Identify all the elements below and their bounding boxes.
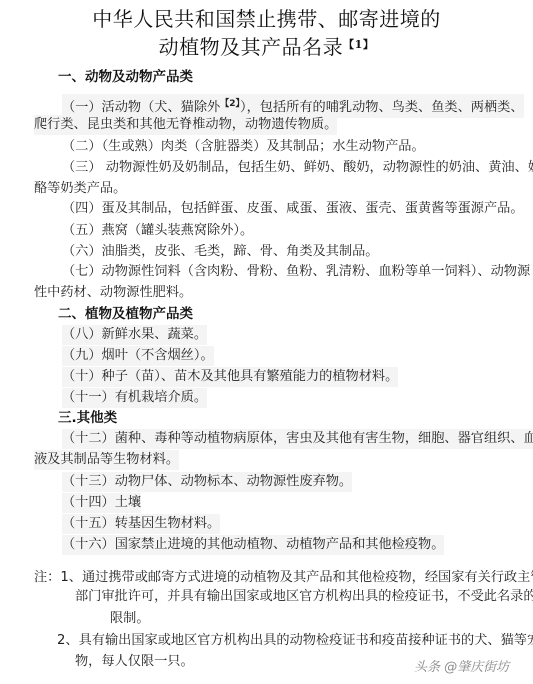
- note-1-continued: 部门审批许可，并具有输出国家或地区官方机构出具的检疫证书，不受此名录的: [75, 587, 533, 607]
- source-watermark: 头条 @肇庆街坊: [414, 656, 509, 675]
- list-item-6: （六）油脂类，皮张、毛类，蹄、骨、角类及其制品。: [62, 242, 379, 262]
- list-item-12: （十二）菌种、毒种等动植物病原体，害虫及其他有害生物，细胞、器官组织、血: [62, 429, 533, 449]
- list-item-9: （九）烟叶（不含烟丝）。: [62, 346, 214, 366]
- list-item-13: （十三）动物尸体、动物标本、动物源性废弃物。: [62, 472, 352, 492]
- title-footnote-marker: 【1】: [343, 38, 374, 51]
- footnote-marker: 【2】: [220, 99, 240, 109]
- document-title-line-2: 动植物及其产品名录【1】: [0, 33, 533, 59]
- document-title-line-1: 中华人民共和国禁止携带、邮寄进境的: [0, 7, 533, 31]
- note-2-continued: 物，每人仅限一只。: [75, 652, 194, 672]
- section-heading-animals: 一、动物及动物产品类: [58, 67, 193, 87]
- list-item-3-continued: 酪等奶类产品。: [34, 179, 126, 199]
- list-item-14: （十四）土壤: [62, 493, 141, 513]
- section-heading-plants: 二、植物及植物产品类: [58, 304, 193, 324]
- note-1-end: 限制。: [110, 609, 150, 629]
- list-item-10: （十）种子（苗）、苗木及其他具有繁殖能力的植物材料。: [62, 367, 398, 387]
- list-item-7-continued: 性中药材、动物源性肥料。: [34, 283, 192, 303]
- list-item-1-continued: 爬行类、昆虫类和其他无脊椎动物，动物遗传物质。: [34, 115, 337, 135]
- note-1: 注：1、通过携带或邮寄方式进境的动植物及其产品和其他检疫物，经国家有关行政主管: [34, 568, 533, 588]
- list-item-4: （四）蛋及其制品，包括鲜蛋、皮蛋、咸蛋、蛋液、蛋壳、蛋黄酱等蛋源产品。: [62, 199, 524, 219]
- list-item-11: （十一）有机栽培介质。: [62, 388, 207, 408]
- title-text: 动植物及其产品名录: [159, 35, 344, 59]
- list-item-15: （十五）转基因生物材料。: [62, 514, 220, 534]
- note-2: 2、具有输出国家或地区官方机构出具的动物检疫证书和疫苗接种证书的犬、猫等宠: [57, 631, 533, 651]
- list-item-5: （五）燕窝（罐头装燕窝除外）。: [62, 221, 253, 241]
- list-item-16: （十六）国家禁止进境的其他动植物、动植物产品和其他检疫物。: [62, 535, 444, 555]
- list-item-8: （八）新鲜水果、蔬菜。: [62, 325, 207, 345]
- item-text: ），包括所有的哺乳动物、鸟类、鱼类、两栖类、: [240, 100, 524, 115]
- item-text: （一）活动物（犬、猫除外: [62, 100, 220, 115]
- document-page: 中华人民共和国禁止携带、邮寄进境的 动植物及其产品名录【1】 一、动物及动物产品…: [0, 0, 533, 684]
- section-heading-others: 三.其他类: [58, 408, 117, 428]
- list-item-3: （三） 动物源性奶及奶制品，包括生奶、鲜奶、酸奶，动物源性的奶油、黄油、奶: [62, 158, 533, 178]
- list-item-7: （七）动物源性饲料（含肉粉、骨粉、鱼粉、乳清粉、血粉等单一饲料）、动物源: [62, 262, 530, 282]
- list-item-12-continued: 液及其制品等生物材料。: [34, 450, 179, 470]
- list-item-2: （二）（生或熟）肉类（含脏器类）及其制品；水生动物产品。: [62, 137, 425, 157]
